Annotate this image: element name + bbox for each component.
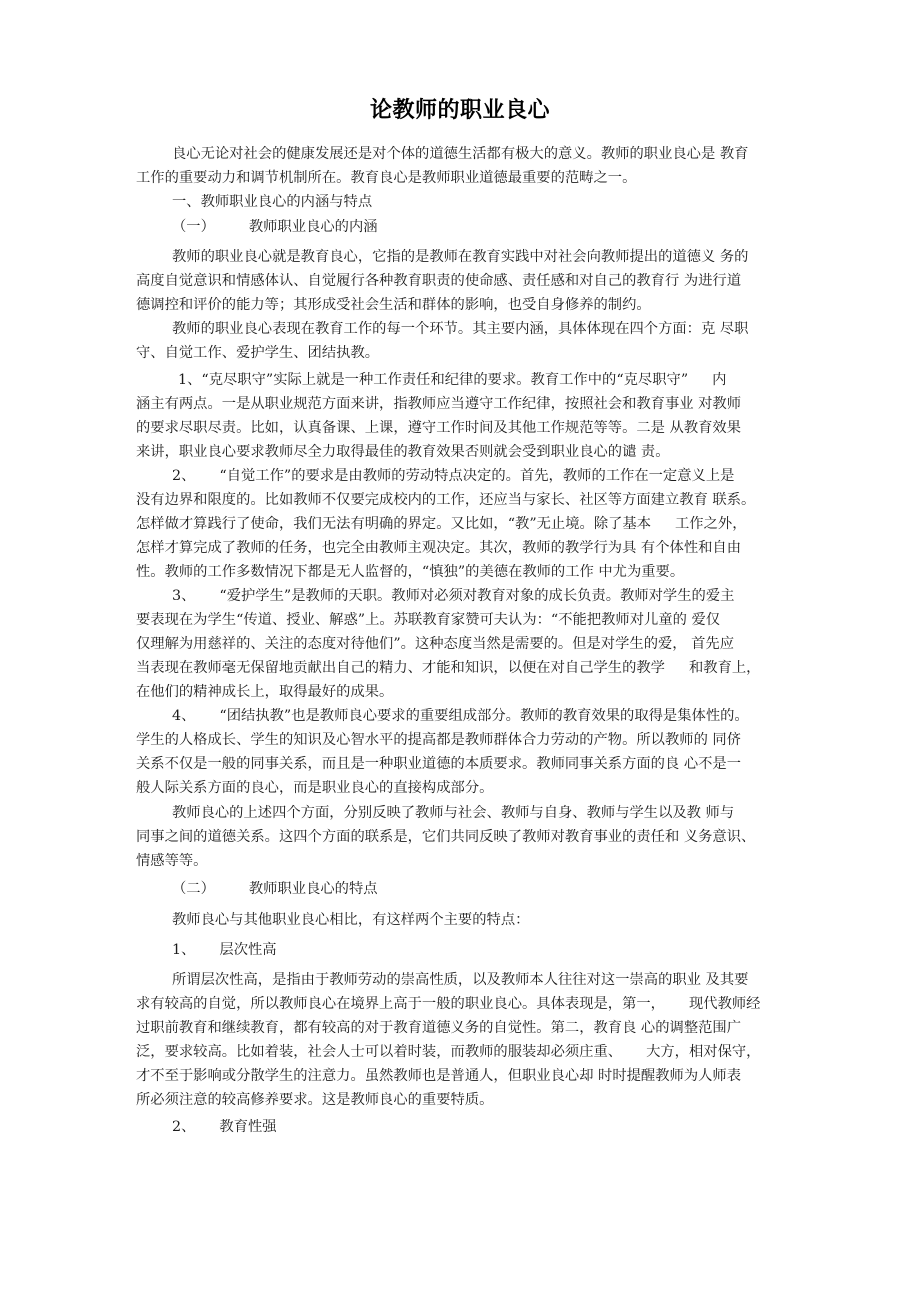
numbered-paragraph-line: 4、“团结执教”也是教师良心要求的重要组成部分。教师的教育效果的取得是集体性的。 xyxy=(172,706,792,726)
paragraph-line: 1、“克尽职守”实际上就是一种工作责任和纪律的要求。教育工作中的“克尽职守”内 xyxy=(178,370,834,390)
paragraph-line: 教师的职业良心就是教育良心，它指的是教师在教育实践中对社会向教师提出的道德义 务… xyxy=(172,247,792,267)
paragraph-line: 怎样才算完成了教师的任务，也完全由教师主观决定。其次，教师的教学行为具 有个体性… xyxy=(136,538,792,558)
item-number: 3、 xyxy=(172,588,195,604)
paragraph-line: 工作的重要动力和调节机制所在。教育良心是教师职业道德最重要的范畴之一。 xyxy=(136,168,792,188)
subsection-title: 教师职业良心的特点 xyxy=(249,881,378,897)
numbered-subheading: 1、层次性高 xyxy=(172,940,792,960)
line-text: 泛，要求较高。比如着装，社会人士可以着时装，而教师的服装却必须庄重、 xyxy=(136,1044,622,1060)
paragraph-line: 守、自觉工作、爱护学生、团结执教。 xyxy=(136,343,792,363)
subsection-heading-2: （二）教师职业良心的特点 xyxy=(172,879,828,899)
subheading-title: 层次性高 xyxy=(219,942,276,958)
paragraph-line: 教师的职业良心表现在教育工作的每一个环节。其主要内涵，具体体现在四个方面：克 尽… xyxy=(172,319,792,339)
paragraph-line: 求有较高的自觉，所以教师良心在境界上高于一般的职业良心。具体表现是，第一，现代教… xyxy=(136,994,792,1014)
paragraph-line: 要表现在为学生“传道、授业、解惑”上。苏联教育家赞可夫认为：“不能把教师对儿童的… xyxy=(136,610,792,630)
line-text: 当表现在教师毫无保留地贡献出自己的精力、才能和知识，以便在对自己学生的教学 xyxy=(136,660,665,676)
paragraph-line: 德调控和评价的能力等；其形成受社会生活和群体的影响，也受自身修养的制约。 xyxy=(136,295,792,315)
paragraph-line: 在他们的精神成长上，取得最好的成果。 xyxy=(136,682,792,702)
paragraph-line: 同事之间的道德关系。这四个方面的联系是，它们共同反映了教师对教育事业的责任和 义… xyxy=(136,827,792,847)
paragraph-line: 没有边界和限度的。比如教师不仅要完成校内的工作，还应当与家长、社区等方面建立教育… xyxy=(136,490,792,510)
paragraph-line: 所谓层次性高，是指由于教师劳动的崇高性质，以及教师本人往往对这一崇高的职业 及其… xyxy=(172,970,792,990)
line-text: 大方，相对保守， xyxy=(646,1044,760,1060)
section-heading-1: 一、教师职业良心的内涵与特点 xyxy=(172,192,792,212)
document-page: 论教师的职业良心 良心无论对社会的健康发展还是对个体的道德生活都有极大的意义。教… xyxy=(0,0,920,1302)
line-text: 1、“克尽职守”实际上就是一种工作责任和纪律的要求。教育工作中的“克尽职守” xyxy=(178,372,688,388)
paragraph-line: 过职前教育和继续教育，都有较高的对于教育道德义务的自觉性。第二，教育良 心的调整… xyxy=(136,1018,792,1038)
paragraph-line: 教师良心与其他职业良心相比，有这样两个主要的特点： xyxy=(172,910,792,930)
paragraph-line: 性。教师的工作多数情况下都是无人监督的，“慎独”的美德在教师的工作 中尤为重要。 xyxy=(136,562,792,582)
item-number: 4、 xyxy=(172,708,195,724)
item-number: 2、 xyxy=(172,468,195,484)
paragraph-line: 般人际关系方面的良心，而是职业良心的直接构成部分。 xyxy=(136,778,792,798)
item-number: 1、 xyxy=(172,942,195,958)
line-text: 现代教师经 xyxy=(689,996,760,1012)
paragraph-line: 良心无论对社会的健康发展还是对个体的道德生活都有极大的意义。教师的职业良心是 教… xyxy=(172,144,792,164)
item-number: 2、 xyxy=(172,1119,195,1135)
line-text: 求有较高的自觉，所以教师良心在境界上高于一般的职业良心。具体表现是，第一， xyxy=(136,996,665,1012)
paragraph-line: 学生的人格成长、学生的知识及心智水平的提高都是教师群体合力劳动的产物。所以教师的… xyxy=(136,730,792,750)
numbered-paragraph-line: 3、“爱护学生”是教师的天职。教师对必须对教育对象的成长负责。教师对学生的爱主 xyxy=(172,586,792,606)
line-text: 内 xyxy=(712,372,726,388)
subsection-label: （一） xyxy=(172,219,215,235)
subheading-title: 教育性强 xyxy=(219,1119,276,1135)
paragraph-line: 情感等等。 xyxy=(136,851,792,871)
numbered-subheading: 2、教育性强 xyxy=(172,1117,792,1137)
numbered-paragraph-line: 2、“自觉工作”的要求是由教师的劳动特点决定的。首先，教师的工作在一定意义上是 xyxy=(172,466,792,486)
line-text: 和教育上， xyxy=(689,660,760,676)
paragraph-line: 所必须注意的较高修养要求。这是教师良心的重要特质。 xyxy=(136,1090,792,1110)
paragraph-line: 的要求尽职尽责。比如，认真备课、上课，遵守工作时间及其他工作规范等等。二是 从教… xyxy=(136,418,792,438)
paragraph-line: 来讲，职业良心要求教师尽全力取得最佳的教育效果否则就会受到职业良心的谴 责。 xyxy=(136,442,792,462)
paragraph-line: 才不至于影响或分散学生的注意力。虽然教师也是普通人，但职业良心却 时时提醒教师为… xyxy=(136,1066,792,1086)
line-text: “团结执教”也是教师良心要求的重要组成部分。教师的教育效果的取得是集体性的。 xyxy=(219,708,748,724)
subsection-label: （二） xyxy=(172,881,215,897)
line-text: “自觉工作”的要求是由教师的劳动特点决定的。首先，教师的工作在一定意义上是 xyxy=(219,468,734,484)
paragraph-line: 高度自觉意识和情感体认、自觉履行各种教育职责的使命感、责任感和对自己的教育行 为… xyxy=(136,271,792,291)
paragraph-line: 怎样做才算践行了使命，我们无法有明确的界定。又比如，“教”无止境。除了基本工作之… xyxy=(136,514,792,534)
paragraph-line: 教师良心的上述四个方面，分别反映了教师与社会、教师与自身、教师与学生以及教 师与 xyxy=(172,803,792,823)
document-title: 论教师的职业良心 xyxy=(0,97,920,125)
paragraph-line: 涵主有两点。一是从职业规范方面来讲，指教师应当遵守工作纪律，按照社会和教育事业 … xyxy=(136,394,792,414)
paragraph-line: 关系不仅是一般的同事关系，而且是一种职业道德的本质要求。教师同事关系方面的良 心… xyxy=(136,754,792,774)
paragraph-line: 泛，要求较高。比如着装，社会人士可以着时装，而教师的服装却必须庄重、大方，相对保… xyxy=(136,1042,792,1062)
paragraph-line: 仅理解为用慈祥的、关注的态度对待他们”。这种态度当然是需要的。但是对学生的爱， … xyxy=(136,634,792,654)
subsection-title: 教师职业良心的内涵 xyxy=(249,219,378,235)
paragraph-line: 当表现在教师毫无保留地贡献出自己的精力、才能和知识，以便在对自己学生的教学和教育… xyxy=(136,658,792,678)
line-text: 怎样做才算践行了使命，我们无法有明确的界定。又比如，“教”无止境。除了基本 xyxy=(136,516,651,532)
line-text: 工作之外， xyxy=(675,516,746,532)
subsection-heading-1: （一）教师职业良心的内涵 xyxy=(172,217,828,237)
line-text: “爱护学生”是教师的天职。教师对必须对教育对象的成长负责。教师对学生的爱主 xyxy=(219,588,734,604)
